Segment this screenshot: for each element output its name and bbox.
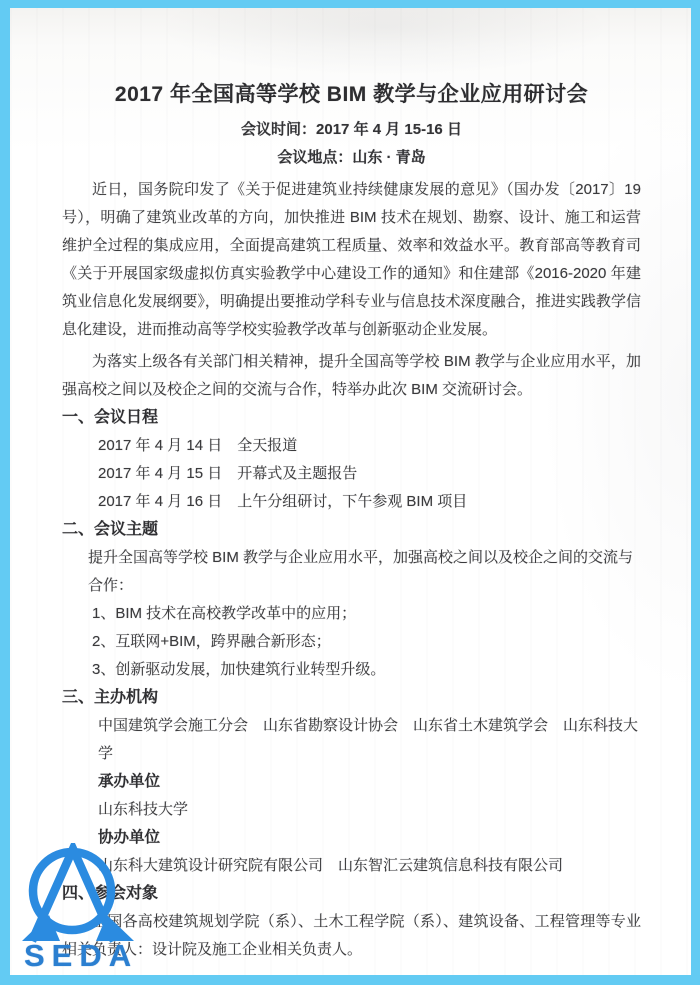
seda-logo: SEDA bbox=[15, 843, 185, 975]
seda-compass-icon bbox=[15, 843, 141, 946]
seda-logo-text: SEDA bbox=[24, 939, 185, 973]
section-heading-organizers: 三、主办机构 bbox=[62, 684, 641, 712]
topic-item: 3、创新驱动发展，加快建筑行业转型升级。 bbox=[62, 656, 641, 684]
document-body: 2017 年全国高等学校 BIM 教学与企业应用研讨会 会议时间：2017 年 … bbox=[10, 8, 691, 975]
meeting-time: 会议时间：2017 年 4 月 15-16 日 bbox=[62, 116, 641, 144]
document-title: 2017 年全国高等学校 BIM 教学与企业应用研讨会 bbox=[62, 82, 641, 108]
host-organizations: 中国建筑学会施工分会 山东省勘察设计协会 山东省土木建筑学会 山东科技大学 bbox=[62, 712, 641, 768]
section-heading-topics: 二、会议主题 bbox=[62, 516, 641, 544]
blue-frame: 2017 年全国高等学校 BIM 教学与企业应用研讨会 会议时间：2017 年 … bbox=[0, 0, 700, 985]
intro-paragraph: 近日，国务院印发了《关于促进建筑业持续健康发展的意见》（国办发〔2017〕19 … bbox=[62, 176, 641, 344]
agenda-item: 2017 年 4 月 16 日 上午分组研讨，下午参观 BIM 项目 bbox=[62, 488, 641, 516]
topic-item: 2、互联网+BIM，跨界融合新形态； bbox=[62, 628, 641, 656]
undertaker-label: 承办单位 bbox=[62, 768, 641, 796]
purpose-paragraph: 为落实上级各有关部门相关精神，提升全国高等学校 BIM 教学与企业应用水平，加强… bbox=[62, 348, 641, 404]
meeting-place: 会议地点：山东 · 青岛 bbox=[62, 144, 641, 172]
section-heading-agenda: 一、会议日程 bbox=[62, 404, 641, 432]
topic-item: 1、BIM 技术在高校教学改革中的应用； bbox=[62, 600, 641, 628]
undertaker-name: 山东科技大学 bbox=[62, 796, 641, 824]
agenda-item: 2017 年 4 月 15 日 开幕式及主题报告 bbox=[62, 460, 641, 488]
agenda-item: 2017 年 4 月 14 日 全天报道 bbox=[62, 432, 641, 460]
topics-intro: 提升全国高等学校 BIM 教学与企业应用水平，加强高校之间以及校企之间的交流与合… bbox=[62, 544, 641, 600]
scanned-page: 2017 年全国高等学校 BIM 教学与企业应用研讨会 会议时间：2017 年 … bbox=[10, 8, 691, 975]
